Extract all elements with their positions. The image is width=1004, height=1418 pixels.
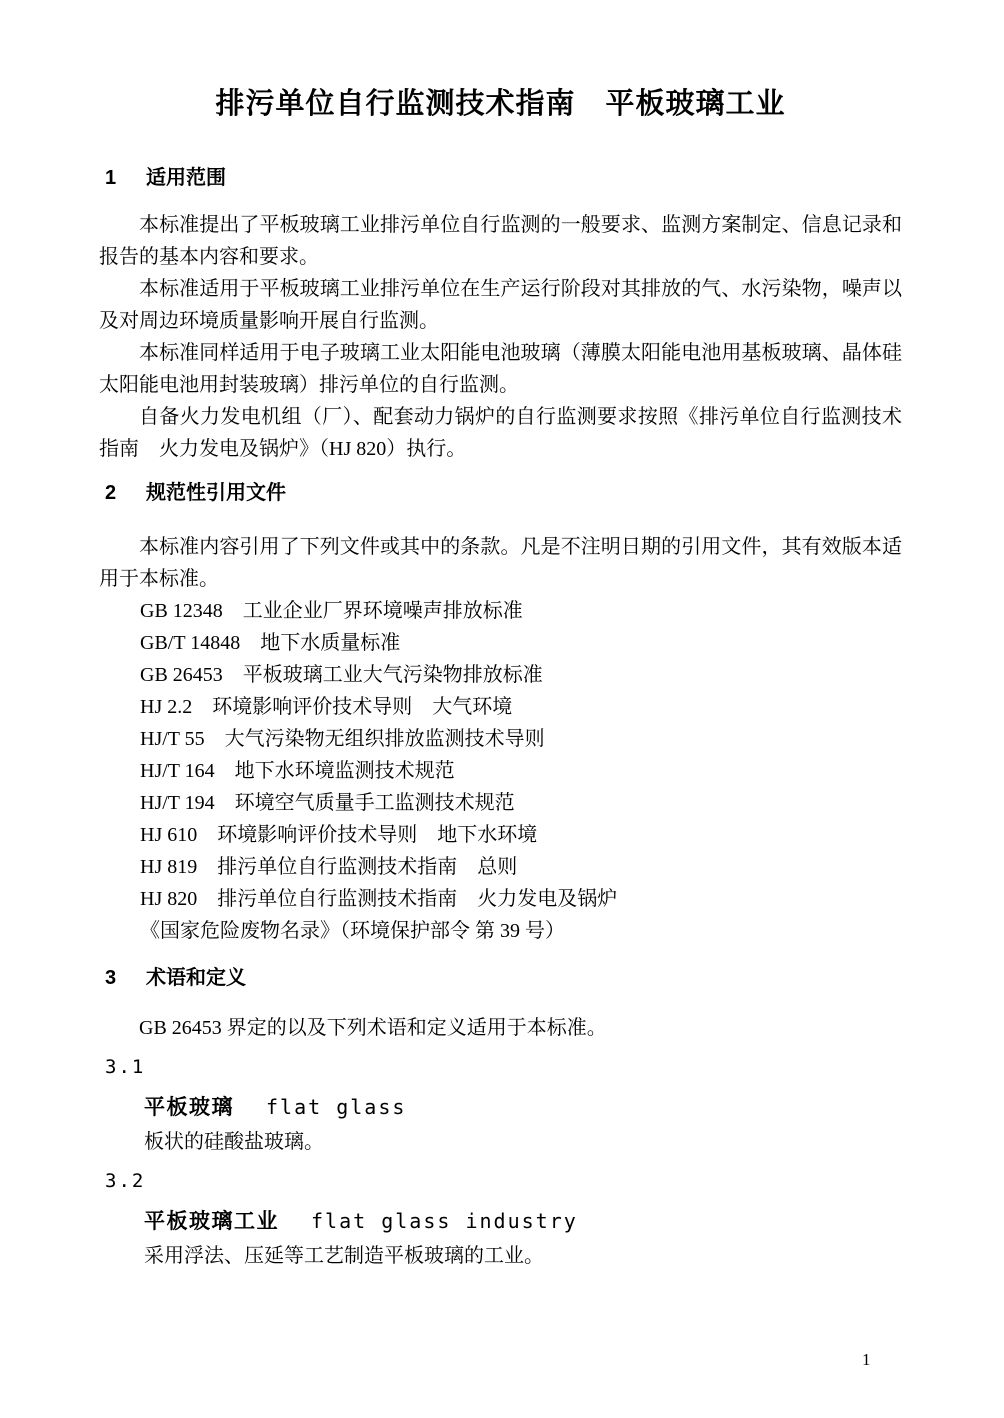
section-2-number: 2 (99, 477, 146, 509)
reference-item: HJ/T 164地下水环境监测技术规范 (99, 755, 902, 787)
section-3-heading: 3术语和定义 (99, 962, 902, 994)
reference-code: HJ/T 55 (140, 728, 205, 750)
reference-title: 平板玻璃工业大气污染物排放标准 (243, 664, 543, 686)
reference-title: 环境影响评价技术导则 地下水环境 (217, 824, 537, 846)
section-2-heading: 2规范性引用文件 (99, 477, 902, 509)
reference-title: 大气污染物无组织排放监测技术导则 (225, 728, 545, 750)
reference-title: 排污单位自行监测技术指南 总则 (217, 856, 517, 878)
reference-code: GB 26453 (140, 664, 223, 686)
reference-code: HJ/T 194 (140, 792, 215, 814)
reference-item: HJ/T 194环境空气质量手工监测技术规范 (99, 787, 902, 819)
reference-item: HJ 2.2环境影响评价技术导则 大气环境 (99, 691, 902, 723)
reference-code: HJ 2.2 (140, 696, 192, 718)
section-1-number: 1 (99, 162, 146, 194)
reference-title: 环境空气质量手工监测技术规范 (235, 792, 515, 814)
paragraph-terms-intro: GB 26453 界定的以及下列术语和定义适用于本标准。 (99, 1012, 902, 1044)
reference-code: HJ 610 (140, 824, 197, 846)
page-title: 排污单位自行监测技术指南 平板玻璃工业 (99, 88, 902, 120)
reference-item: GB 26453平板玻璃工业大气污染物排放标准 (99, 659, 902, 691)
reference-item: GB/T 14848地下水质量标准 (99, 627, 902, 659)
reference-title: 地下水环境监测技术规范 (235, 760, 455, 782)
term-definition: 板状的硅酸盐玻璃。 (99, 1126, 902, 1158)
term-clause-number: 3.1 (99, 1051, 902, 1083)
paragraph-scope-3: 本标准同样适用于电子玻璃工业太阳能电池玻璃（薄膜太阳能电池用基板玻璃、晶体硅太阳… (99, 337, 902, 401)
paragraph-references-intro: 本标准内容引用了下列文件或其中的条款。凡是不注明日期的引用文件，其有效版本适用于… (99, 531, 902, 595)
reference-code: HJ 819 (140, 856, 197, 878)
term-entry: 平板玻璃flat glass (99, 1091, 902, 1126)
page-number: 1 (862, 1348, 871, 1372)
reference-title: 排污单位自行监测技术指南 火力发电及锅炉 (217, 888, 617, 910)
reference-title: 工业企业厂界环境噪声排放标准 (243, 600, 523, 622)
reference-item: HJ/T 55大气污染物无组织排放监测技术导则 (99, 723, 902, 755)
section-3-number: 3 (99, 962, 146, 994)
document-page: 排污单位自行监测技术指南 平板玻璃工业 1适用范围 本标准提出了平板玻璃工业排污… (0, 0, 1004, 1418)
term-name-en: flat glass industry (311, 1209, 578, 1233)
reference-item: GB 12348工业企业厂界环境噪声排放标准 (99, 595, 902, 627)
section-2-title: 规范性引用文件 (146, 482, 286, 504)
term-name-zh: 平板玻璃工业 (144, 1210, 279, 1233)
section-3-title: 术语和定义 (146, 967, 246, 989)
paragraph-scope-2: 本标准适用于平板玻璃工业排污单位在生产运行阶段对其排放的气、水污染物，噪声以及对… (99, 273, 902, 337)
term-name-zh: 平板玻璃 (144, 1096, 234, 1119)
document-content: 排污单位自行监测技术指南 平板玻璃工业 1适用范围 本标准提出了平板玻璃工业排污… (99, 0, 902, 1272)
reference-code: GB/T 14848 (140, 632, 240, 654)
reference-title: 环境影响评价技术导则 大气环境 (212, 696, 512, 718)
paragraph-scope-1: 本标准提出了平板玻璃工业排污单位自行监测的一般要求、监测方案制定、信息记录和报告… (99, 209, 902, 273)
term-name-en: flat glass (266, 1095, 406, 1119)
term-clause-number: 3.2 (99, 1165, 902, 1197)
reference-title: 地下水质量标准 (260, 632, 400, 654)
reference-item: HJ 610环境影响评价技术导则 地下水环境 (99, 819, 902, 851)
reference-code: HJ/T 164 (140, 760, 215, 782)
reference-code: GB 12348 (140, 600, 223, 622)
reference-item: HJ 819排污单位自行监测技术指南 总则 (99, 851, 902, 883)
reference-code: HJ 820 (140, 888, 197, 910)
reference-item-regulation: 《国家危险废物名录》（环境保护部令 第 39 号） (99, 915, 902, 947)
reference-item: HJ 820排污单位自行监测技术指南 火力发电及锅炉 (99, 883, 902, 915)
section-1-title: 适用范围 (146, 167, 226, 189)
term-definition: 采用浮法、压延等工艺制造平板玻璃的工业。 (99, 1240, 902, 1272)
reference-list: GB 12348工业企业厂界环境噪声排放标准 GB/T 14848地下水质量标准… (99, 595, 902, 947)
paragraph-scope-4: 自备火力发电机组（厂）、配套动力锅炉的自行监测要求按照《排污单位自行监测技术指南… (99, 401, 902, 465)
regulation-title: 《国家危险废物名录》（环境保护部令 第 39 号） (140, 920, 565, 942)
section-1-heading: 1适用范围 (99, 162, 902, 194)
term-entry: 平板玻璃工业flat glass industry (99, 1205, 902, 1240)
